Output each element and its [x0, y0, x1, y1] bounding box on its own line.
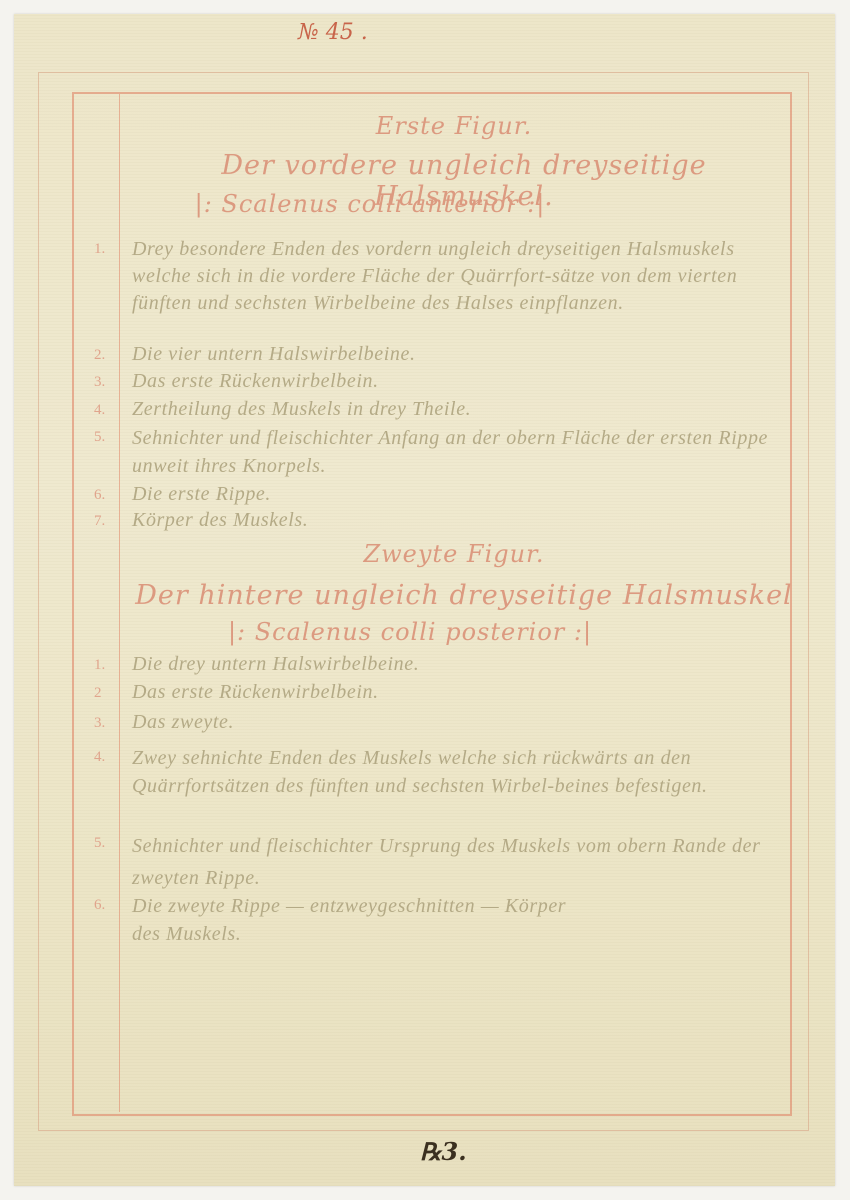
legend-item: 4. Zertheilung des Muskels in drey Theil…: [88, 397, 778, 421]
item-number: 5.: [88, 424, 132, 480]
legend-item: 3. Das zweyte.: [88, 710, 778, 734]
legend-item: 3. Das erste Rückenwirbelbein.: [88, 369, 778, 393]
legend-item: 6. Die erste Rippe.: [88, 482, 778, 506]
item-text: Die zweyte Rippe — entzweygeschnitten — …: [132, 892, 572, 948]
item-text: Die vier untern Halswirbelbeine.: [132, 342, 416, 366]
item-text: Die erste Rippe.: [132, 482, 271, 506]
folio-number: № 45 .: [298, 20, 368, 45]
item-number: 2.: [88, 342, 132, 366]
item-number: 4.: [88, 744, 132, 800]
figure1-latin-name: |: Scalenus colli anterior :|: [110, 190, 630, 218]
item-text: Sehnichter und fleischichter Ursprung de…: [132, 830, 778, 894]
item-text: Drey besondere Enden des vordern ungleic…: [132, 236, 778, 317]
item-number: 1.: [88, 236, 132, 317]
figure2-label: Zweyte Figur.: [120, 540, 788, 568]
legend-item: 5. Sehnichter und fleischichter Anfang a…: [88, 424, 778, 480]
legend-item: 1. Die drey untern Halswirbelbeine.: [88, 652, 778, 676]
item-text: Körper des Muskels.: [132, 508, 308, 532]
item-number: 3.: [88, 710, 132, 734]
item-text: Die drey untern Halswirbelbeine.: [132, 652, 419, 676]
legend-item: 5. Sehnichter und fleischichter Ursprung…: [88, 830, 778, 894]
item-number: 6.: [88, 482, 132, 506]
legend-item: 2 Das erste Rückenwirbelbein.: [88, 680, 778, 704]
legend-item: 6. Die zweyte Rippe — entzweygeschnitten…: [88, 892, 778, 948]
figure2-title: Der hintere ungleich dreyseitige Halsmus…: [130, 580, 798, 611]
item-number: 6.: [88, 892, 132, 948]
item-text: Das erste Rückenwirbelbein.: [132, 369, 379, 393]
item-number: 1.: [88, 652, 132, 676]
item-text: Das erste Rückenwirbelbein.: [132, 680, 379, 704]
item-number: 7.: [88, 508, 132, 532]
item-number: 2: [88, 680, 132, 704]
figure2-latin-name: |: Scalenus colli posterior :|: [150, 618, 670, 646]
bottom-signature-mark: ℞3.: [420, 1137, 467, 1166]
legend-item: 1. Drey besondere Enden des vordern ungl…: [88, 236, 778, 317]
legend-item: 2. Die vier untern Halswirbelbeine.: [88, 342, 778, 366]
item-text: Zertheilung des Muskels in drey Theile.: [132, 397, 471, 421]
item-number: 5.: [88, 830, 132, 894]
legend-item: 4. Zwey sehnichte Enden des Muskels welc…: [88, 744, 778, 800]
item-text: Sehnichter und fleischichter Anfang an d…: [132, 424, 778, 480]
item-text: Das zweyte.: [132, 710, 234, 734]
legend-item: 7. Körper des Muskels.: [88, 508, 778, 532]
item-number: 3.: [88, 369, 132, 393]
item-text: Zwey sehnichte Enden des Muskels welche …: [132, 744, 778, 800]
item-number: 4.: [88, 397, 132, 421]
figure1-label: Erste Figur.: [120, 112, 788, 140]
